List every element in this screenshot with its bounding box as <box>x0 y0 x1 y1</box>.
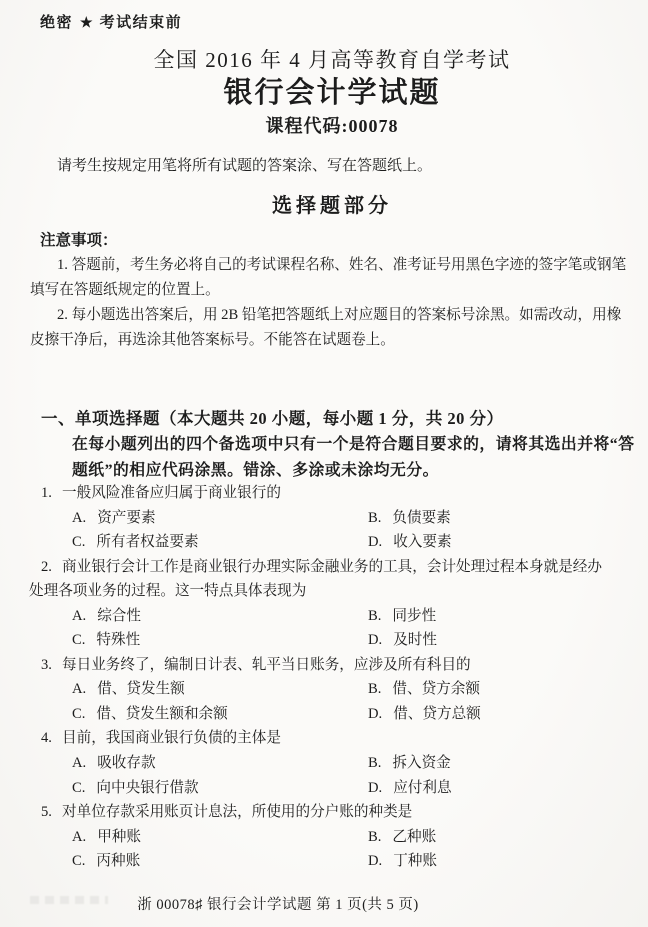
option-d: D.收入要素 <box>368 530 452 555</box>
option-b-label: B. <box>368 510 381 526</box>
section-1-instruction-line-2: 题纸”的相应代码涂黑。错涂、多涂或未涂均无分。 <box>72 458 648 484</box>
question-3-stem-row: 3. 每日业务终了，编制日计表、轧平当日账务，应涉及所有科目的 <box>0 653 648 678</box>
question-5-options-ab: A.甲种账 B.乙种账 <box>0 825 648 850</box>
question-1-options-ab: A.资产要素 B.负债要素 <box>0 506 648 531</box>
option-a: A.甲种账 <box>72 825 141 850</box>
option-a-text: 借、贷发生额 <box>97 681 185 697</box>
option-d-label: D. <box>368 706 382 722</box>
question-5-stem-row: 5. 对单位存款采用账页计息法，所使用的分户账的种类是 <box>0 800 648 825</box>
question-number: 1. <box>41 481 52 506</box>
option-b: B.借、贷方余额 <box>368 677 480 702</box>
option-d-text: 收入要素 <box>393 534 451 550</box>
option-a-label: A. <box>72 829 86 845</box>
option-b-label: B. <box>368 829 381 845</box>
question-list: 1. 一般风险准备应归属于商业银行的 A.资产要素 B.负债要素 C.所有者权益… <box>0 481 648 874</box>
question-stem: 商业银行会计工作是商业银行办理实际金融业务的工具，会计处理过程本身就是经办 <box>62 555 602 580</box>
option-c: C.向中央银行借款 <box>72 776 199 801</box>
section-1-instruction-line-1: 在每小题列出的四个备选项中只有一个是符合题目要求的，请将其选出并将“答 <box>72 432 648 458</box>
notice-item-2-line-1: 2. 每小题选出答案后，用 2B 铅笔把答题纸上对应题目的答案标号涂黑。如需改动… <box>57 303 648 328</box>
part-title: 选择题部分 <box>0 189 648 218</box>
option-c-label: C. <box>72 853 85 869</box>
question-3-options-cd: C.借、贷发生额和余额 D.借、贷方总额 <box>0 702 648 727</box>
section-1-header: 一、单项选择题（本大题共 20 小题，每小题 1 分，共 20 分） 在每小题列… <box>0 406 648 483</box>
exam-page: 绝密★考试结束前 全国 2016 年 4 月高等教育自学考试 银行会计学试题 课… <box>0 0 648 927</box>
option-c-text: 借、贷发生额和余额 <box>96 706 227 722</box>
question-4-stem-row: 4. 目前，我国商业银行负债的主体是 <box>0 726 648 751</box>
question-2-stem-row: 2. 商业银行会计工作是商业银行办理实际金融业务的工具，会计处理过程本身就是经办 <box>0 555 648 580</box>
question-2-options-cd: C.特殊性 D.及时性 <box>0 628 648 653</box>
option-d: D.应付利息 <box>368 776 452 801</box>
option-d-text: 应付利息 <box>393 780 451 796</box>
option-a: A.吸收存款 <box>72 751 156 776</box>
option-b-label: B. <box>368 755 381 771</box>
option-b: B.拆入资金 <box>368 751 451 776</box>
question-1-stem-row: 1. 一般风险准备应归属于商业银行的 <box>0 481 648 506</box>
option-c: C.丙种账 <box>72 849 140 874</box>
option-c: C.所有者权益要素 <box>72 530 199 555</box>
option-c-text: 特殊性 <box>96 632 140 648</box>
option-d-text: 借、贷方总额 <box>393 706 481 722</box>
notice-item-1-line-1: 1. 答题前，考生务必将自己的考试课程名称、姓名、准考证号用黑色字迹的签字笔或钢… <box>57 253 648 278</box>
question-5-options-cd: C.丙种账 D.丁种账 <box>0 849 648 874</box>
question-3-options-ab: A.借、贷发生额 B.借、贷方余额 <box>0 677 648 702</box>
option-d: D.及时性 <box>368 628 437 653</box>
option-c-label: C. <box>72 780 85 796</box>
question-number: 3. <box>41 653 52 678</box>
option-b: B.负债要素 <box>368 506 451 531</box>
question-stem: 每日业务终了，编制日计表、轧平当日账务，应涉及所有科目的 <box>62 653 471 678</box>
notice-item-1-line-2: 填写在答题纸规定的位置上。 <box>30 278 648 303</box>
option-b-text: 拆入资金 <box>392 755 450 771</box>
option-a-text: 甲种账 <box>97 829 141 845</box>
question-number: 4. <box>41 726 52 751</box>
secrecy-label: 绝密 <box>40 15 73 31</box>
question-4-options-cd: C.向中央银行借款 D.应付利息 <box>0 776 648 801</box>
option-b-label: B. <box>368 608 381 624</box>
option-b: B.同步性 <box>368 604 436 629</box>
notice-section: 注意事项： 1. 答题前，考生务必将自己的考试课程名称、姓名、准考证号用黑色字迹… <box>0 228 648 353</box>
question-2-options-ab: A.综合性 B.同步性 <box>0 604 648 629</box>
question-stem-continued: 处理各项业务的过程。这一特点具体表现为 <box>29 579 306 604</box>
section-1-heading: 一、单项选择题（本大题共 20 小题，每小题 1 分，共 20 分） <box>41 406 648 432</box>
question-4-options-ab: A.吸收存款 B.拆入资金 <box>0 751 648 776</box>
question-number: 2. <box>41 555 52 580</box>
option-d-text: 及时性 <box>393 632 437 648</box>
option-a-text: 吸收存款 <box>97 755 155 771</box>
notice-heading: 注意事项： <box>40 228 648 253</box>
option-d-label: D. <box>368 632 382 648</box>
option-b-label: B. <box>368 681 381 697</box>
option-c-label: C. <box>72 534 85 550</box>
option-d: D.借、贷方总额 <box>368 702 481 727</box>
option-a: A.借、贷发生额 <box>72 677 185 702</box>
question-1-options-cd: C.所有者权益要素 D.收入要素 <box>0 530 648 555</box>
secrecy-timing: 考试结束前 <box>100 15 183 31</box>
option-d: D.丁种账 <box>368 849 437 874</box>
option-c-text: 向中央银行借款 <box>96 780 198 796</box>
option-b-text: 乙种账 <box>392 829 436 845</box>
option-c-label: C. <box>72 632 85 648</box>
option-b-text: 借、贷方余额 <box>392 681 480 697</box>
option-a-label: A. <box>72 681 86 697</box>
question-2-stem-continuation: 处理各项业务的过程。这一特点具体表现为 <box>0 579 648 604</box>
option-d-label: D. <box>368 534 382 550</box>
option-b: B.乙种账 <box>368 825 436 850</box>
question-stem: 目前，我国商业银行负债的主体是 <box>62 726 281 751</box>
option-c-text: 所有者权益要素 <box>96 534 198 550</box>
option-b-text: 负债要素 <box>392 510 450 526</box>
page-footer: 浙 00078♯ 银行会计学试题 第 1 页(共 5 页) <box>0 893 648 914</box>
option-c: C.特殊性 <box>72 628 140 653</box>
notice-item-2-line-2: 皮擦干净后，再选涂其他答案标号。不能答在试题卷上。 <box>30 328 648 353</box>
option-d-text: 丁种账 <box>393 853 437 869</box>
option-a-text: 综合性 <box>97 608 141 624</box>
option-a-label: A. <box>72 510 86 526</box>
question-number: 5. <box>41 800 52 825</box>
option-a-label: A. <box>72 755 86 771</box>
answer-sheet-instruction: 请考生按规定用笔将所有试题的答案涂、写在答题纸上。 <box>57 155 432 177</box>
secrecy-line: 绝密★考试结束前 <box>40 13 182 33</box>
option-c-text: 丙种账 <box>96 853 140 869</box>
paper-title: 银行会计学试题 <box>0 70 648 111</box>
option-a: A.资产要素 <box>72 506 156 531</box>
question-stem: 对单位存款采用账页计息法，所使用的分户账的种类是 <box>62 800 412 825</box>
option-a-label: A. <box>72 608 86 624</box>
option-c-label: C. <box>72 706 85 722</box>
option-b-text: 同步性 <box>392 608 436 624</box>
star-icon: ★ <box>80 16 93 31</box>
course-code: 课程代码:00078 <box>0 112 648 138</box>
option-d-label: D. <box>368 780 382 796</box>
option-a: A.综合性 <box>72 604 141 629</box>
option-c: C.借、贷发生额和余额 <box>72 702 228 727</box>
option-a-text: 资产要素 <box>97 510 155 526</box>
question-stem: 一般风险准备应归属于商业银行的 <box>62 481 281 506</box>
option-d-label: D. <box>368 853 382 869</box>
